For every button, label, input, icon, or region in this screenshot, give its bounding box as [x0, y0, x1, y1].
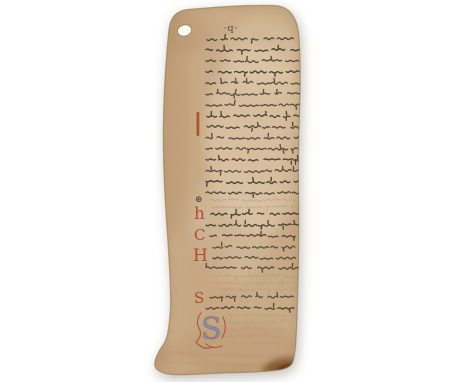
- initial-letter: H: [193, 246, 208, 266]
- parchment-leaf: ·q· ⊕hCHSS: [152, 0, 310, 378]
- initial-bar-I: [197, 112, 200, 136]
- initial-letter: h: [194, 204, 205, 224]
- initial-letter: C: [194, 226, 205, 244]
- initial-letter: S: [194, 289, 204, 307]
- quire-mark: ·q·: [223, 23, 238, 34]
- manuscript-photo: ·q· ⊕hCHSS: [0, 0, 468, 382]
- decorated-initial-letter: S: [201, 312, 222, 347]
- manuscript-scene: ·q· ⊕hCHSS: [0, 0, 468, 382]
